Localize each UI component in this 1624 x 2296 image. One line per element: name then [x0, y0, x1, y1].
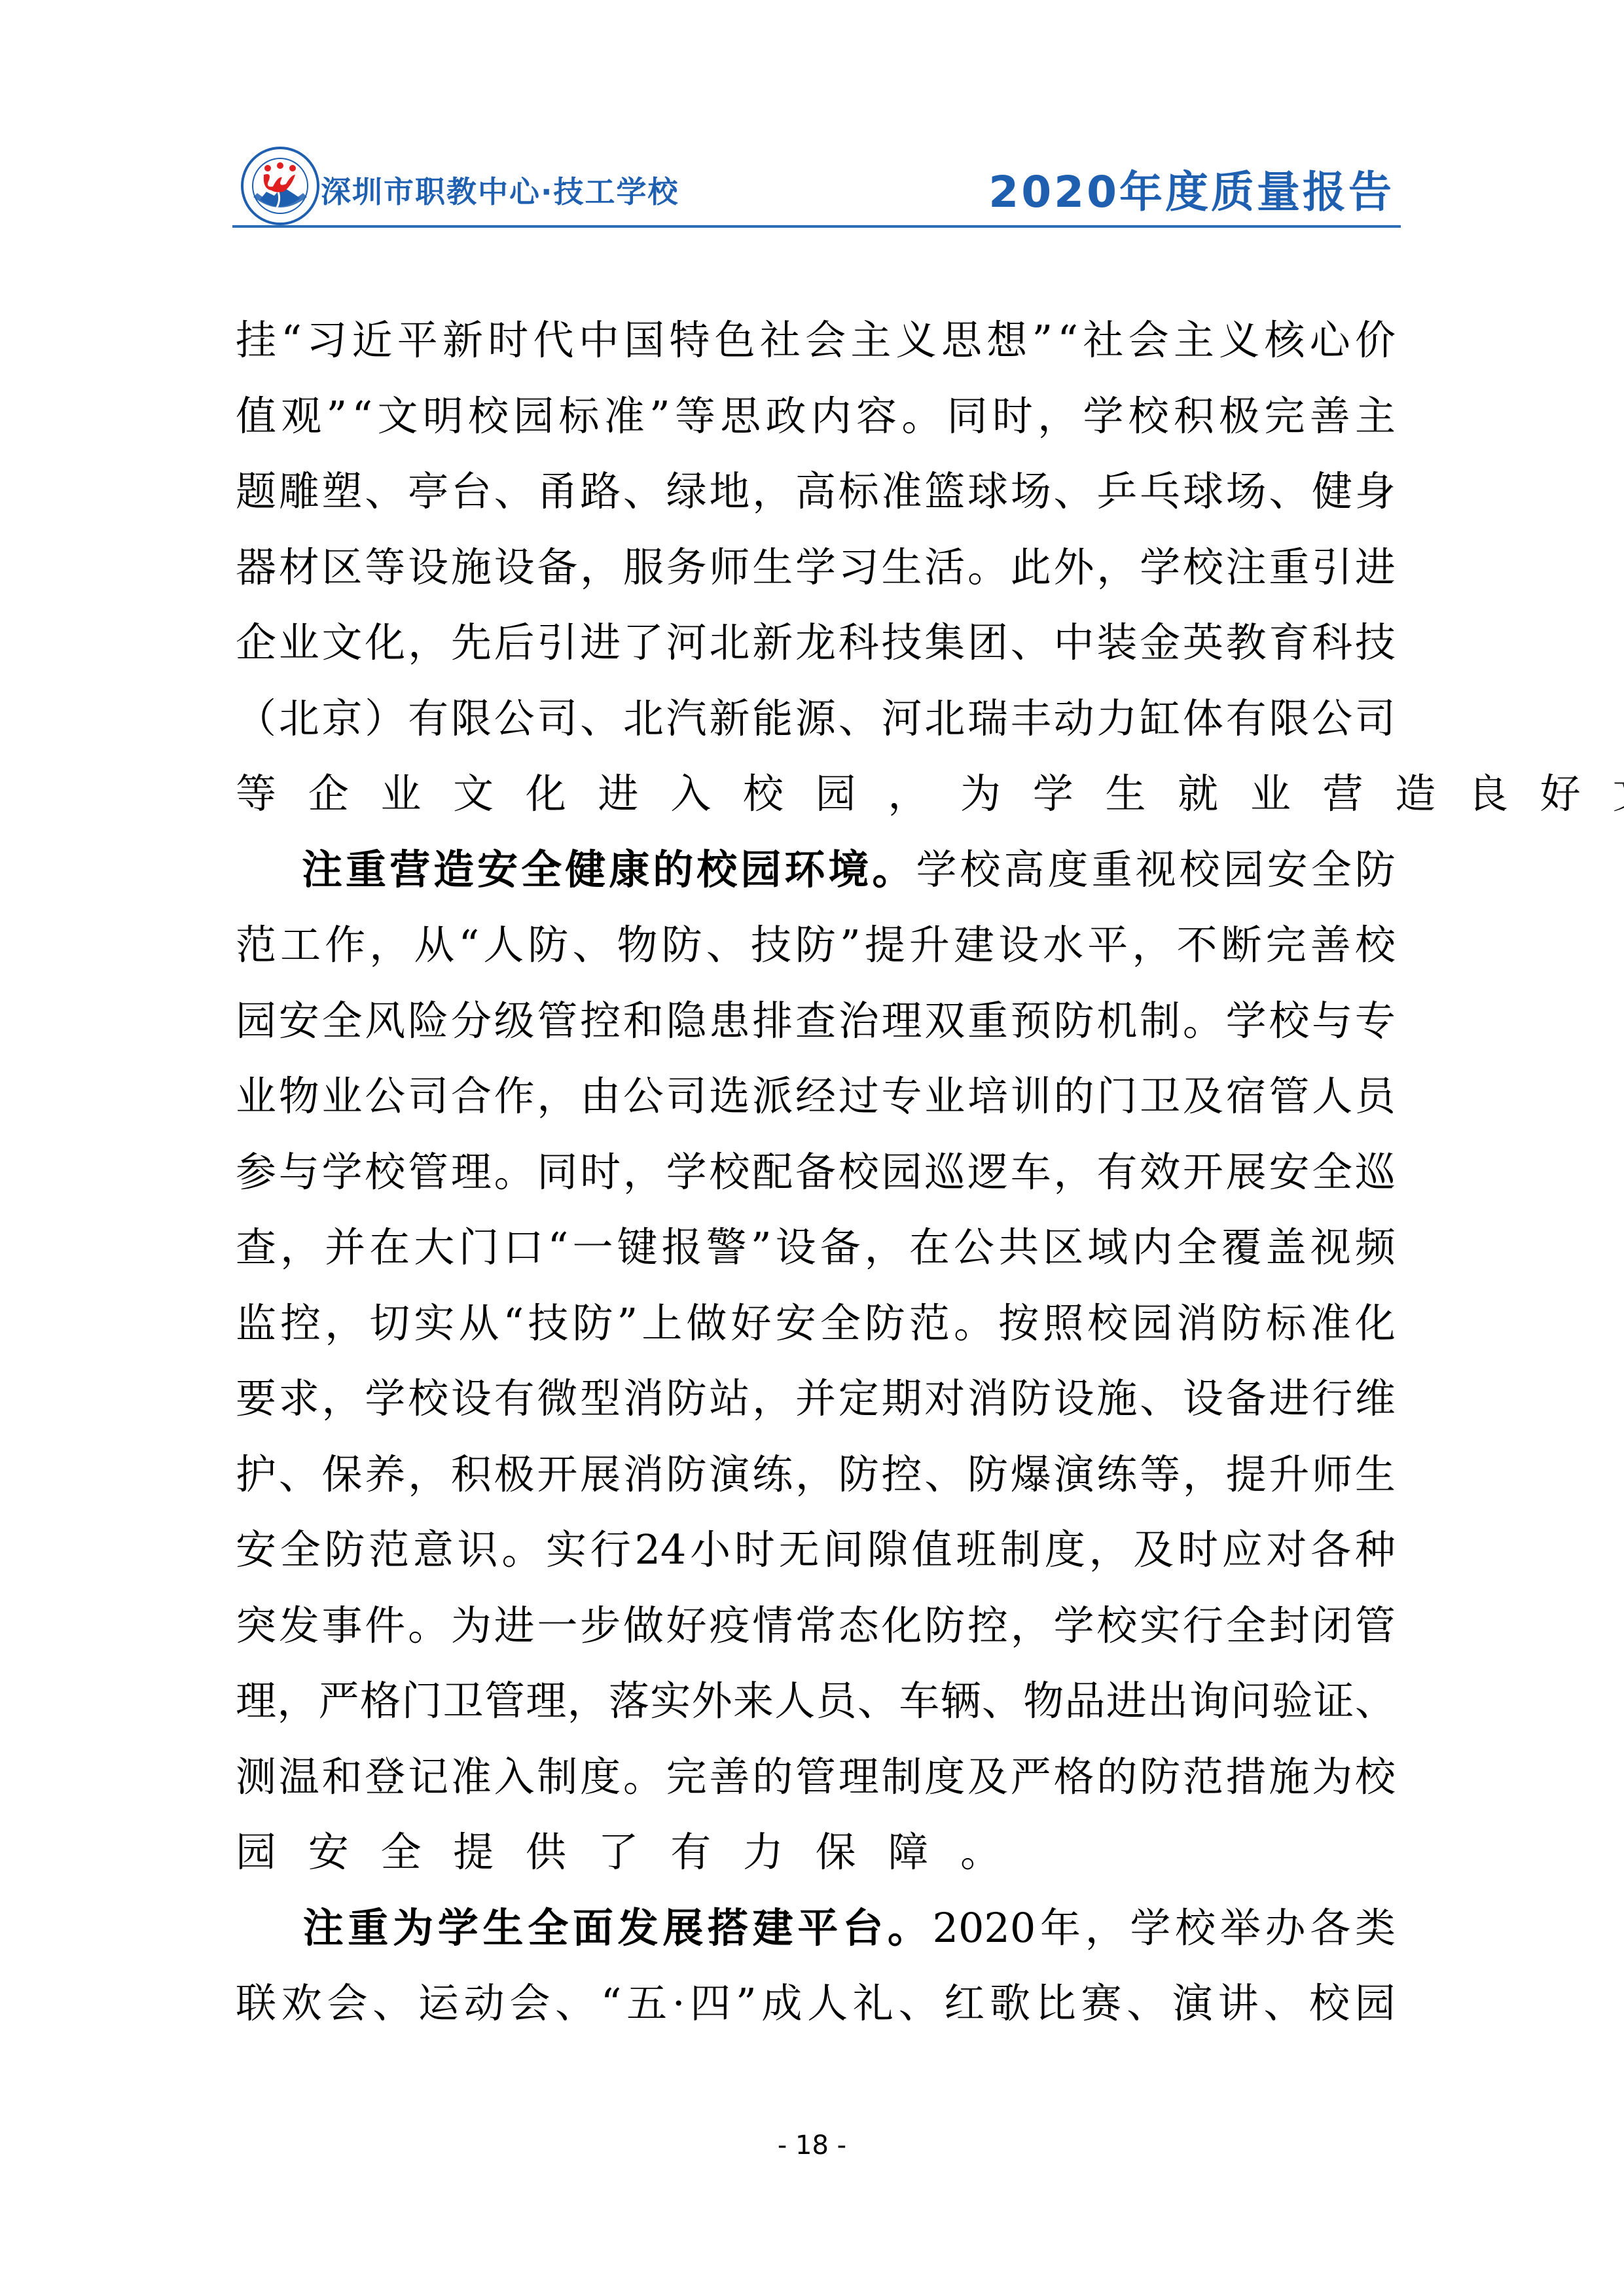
text-char: 、 [572, 907, 613, 983]
text-char: 频 [1355, 1210, 1396, 1285]
text-char: 。 [967, 529, 1008, 605]
text-char: 企 [308, 756, 349, 832]
text-char: 切 [369, 1285, 410, 1361]
text-char: 校 [1269, 983, 1309, 1059]
text-char: 生 [1105, 756, 1146, 832]
text-char: 主 [1355, 378, 1396, 454]
text-char: 积 [1174, 378, 1214, 454]
text-char: 完 [1264, 378, 1305, 454]
text-char: 校 [743, 756, 784, 832]
text-char: 价 [1355, 302, 1396, 378]
text-char: 设 [998, 907, 1039, 983]
text-char: 引 [537, 605, 577, 681]
text-char: 社 [760, 302, 801, 378]
text-char: 消 [623, 1437, 664, 1513]
text-char: 乒 [1096, 454, 1137, 529]
text-char: 会 [509, 1965, 550, 2041]
text-char: 微 [537, 1361, 577, 1437]
text-char: 极 [494, 1437, 535, 1513]
text-char: 态 [839, 1588, 879, 1664]
text-char: 及 [1133, 1512, 1174, 1588]
text-char: 观 [281, 378, 321, 454]
text-char: 准 [451, 1739, 492, 1815]
text-char: “ [281, 302, 302, 378]
text-char: 效 [1140, 1134, 1180, 1210]
text-char: ） [365, 681, 405, 757]
text-line: 要求，学校设有微型消防站，并定期对消防设施、设备进行维 [236, 1361, 1396, 1437]
text-char: 。 [501, 1512, 542, 1588]
text-char: 分 [451, 983, 492, 1059]
text-char: 校 [1087, 1285, 1128, 1361]
text-char: 地 [709, 454, 749, 529]
text-char: 、 [1140, 1361, 1180, 1437]
text-char: 施 [1269, 1739, 1309, 1815]
text-char: 动 [1054, 681, 1094, 757]
text-char: 、 [365, 454, 405, 529]
bold-lead-char: 营 [389, 832, 430, 908]
text-char: 进 [1269, 1361, 1309, 1437]
text-char: 训 [1011, 1058, 1051, 1134]
text-char: 内 [811, 378, 852, 454]
text-char: 亭 [408, 454, 448, 529]
text-char: 严 [319, 1663, 359, 1739]
bold-lead-char: 注 [302, 832, 342, 908]
text-char: 先 [451, 605, 492, 681]
text-char: 制 [1140, 983, 1180, 1059]
text-char: 完 [1266, 907, 1307, 983]
text-char: 类 [1355, 1890, 1396, 1966]
text-char: 公 [954, 1210, 994, 1285]
text-char: ” [327, 378, 348, 454]
text-char: 封 [1269, 1588, 1309, 1664]
text-char: 护 [236, 1437, 276, 1513]
bold-lead-char: 重 [346, 832, 386, 908]
text-char: 汽 [666, 681, 707, 757]
text-char: 突 [236, 1588, 276, 1664]
text-char: 设 [408, 529, 448, 605]
text-char: “ [352, 378, 372, 454]
text-char: 同 [947, 378, 988, 454]
text-char: 防 [1140, 1739, 1180, 1815]
text-line: 护、保养，积极开展消防演练，防控、防爆演练等，提升师生 [236, 1437, 1396, 1513]
text-char: 建 [954, 907, 994, 983]
text-line: （北京）有限公司、北汽新能源、河北瑞丰动力缸体有限公司 [236, 681, 1396, 757]
text-char: 制 [881, 1739, 922, 1815]
text-char: 时 [992, 378, 1033, 454]
text-char: 教 [1226, 605, 1267, 681]
text-char: 篮 [924, 454, 965, 529]
text-char: 河 [666, 605, 707, 681]
text-char: 甬 [537, 454, 577, 529]
text-char: 的 [1096, 1739, 1137, 1815]
text-char: 力 [1096, 681, 1137, 757]
text-char: 施 [451, 529, 492, 605]
text-char: 运 [418, 1965, 459, 2041]
text-char: 善 [1310, 378, 1350, 454]
text-char: 站 [709, 1361, 749, 1437]
text-char: 公 [623, 1058, 664, 1134]
text-char: 主 [1174, 302, 1214, 378]
text-char: 想 [986, 302, 1027, 378]
text-char: 管 [408, 1134, 448, 1210]
text-char: 成 [761, 1965, 802, 2041]
text-char: 了 [598, 1814, 639, 1890]
text-char: 范 [236, 907, 276, 983]
text-char: 为 [960, 756, 1001, 832]
text-char: 及 [967, 1739, 1008, 1815]
text-char: 、 [1263, 1965, 1304, 2041]
text-char: 专 [1355, 983, 1396, 1059]
text-char: 司 [537, 681, 577, 757]
text-char: 机 [1096, 983, 1137, 1059]
text-char: 明 [423, 378, 463, 454]
text-char: 物 [279, 1058, 319, 1134]
text-char: 度 [1048, 832, 1089, 908]
bold-lead-char: 为 [393, 1890, 433, 1966]
text-char: 司 [408, 1058, 448, 1134]
text-char: 间 [823, 1512, 863, 1588]
text-char: 闭 [1312, 1588, 1352, 1664]
text-char: 器 [236, 529, 276, 605]
text-char: 防 [666, 1361, 707, 1437]
text-char: 重 [1269, 529, 1309, 605]
text-char: 逻 [967, 1134, 1008, 1210]
text-char: 司 [1355, 681, 1396, 757]
bold-lead-char: 搭 [708, 1890, 748, 1966]
text-char: 2020 [933, 1890, 1036, 1966]
text-char: 全 [280, 1512, 321, 1588]
text-char: 新 [709, 681, 749, 757]
text-char: 路 [580, 454, 621, 529]
text-char: 北 [279, 681, 319, 757]
text-char: 实 [546, 1512, 586, 1588]
text-char: 、 [1054, 454, 1094, 529]
text-char: 盖 [1266, 1210, 1307, 1285]
text-char: 办 [1265, 1890, 1306, 1966]
text-char: 校 [839, 1134, 879, 1210]
text-char: 定 [839, 1361, 879, 1437]
text-char: 园 [881, 1134, 922, 1210]
text-char: 车 [1011, 1134, 1051, 1210]
text-char: 保 [322, 1437, 363, 1513]
text-char: 选 [709, 1058, 749, 1134]
text-char: 师 [709, 529, 749, 605]
text-char: 生 [752, 529, 793, 605]
text-char: 准 [1310, 1285, 1351, 1361]
text-char: 会 [805, 302, 846, 378]
page-header: 深圳市职教中心·技工学校 2020年度质量报告 [232, 141, 1401, 229]
text-char: 过 [839, 1058, 879, 1134]
text-char: 北 [709, 605, 749, 681]
text-char: 设 [776, 1210, 816, 1285]
text-char: 问 [1231, 1663, 1271, 1739]
text-char: 准 [604, 378, 645, 454]
text-char: 。 [494, 1134, 535, 1210]
text-char: 中 [579, 302, 619, 378]
text-char: 展 [580, 1437, 621, 1513]
text-char: 防 [662, 907, 702, 983]
text-char: 歌 [990, 1965, 1030, 2041]
text-char: 管 [537, 983, 577, 1059]
text-char: 车 [899, 1663, 939, 1739]
text-char: 管 [1269, 1058, 1309, 1134]
text-char: 验 [1272, 1663, 1312, 1739]
text-char: 园 [236, 983, 276, 1059]
text-char: 演 [1172, 1965, 1213, 2041]
text-char: 防 [666, 1437, 707, 1513]
text-line: 查，并在大门口“一键报警”设备，在公共区域内全覆盖视频 [236, 1210, 1396, 1285]
text-char: 思 [720, 378, 761, 454]
text-line: 等企业文化进入校园，为学生就业营造良好文化氛围。 [236, 756, 1396, 832]
text-char: 双 [924, 983, 965, 1059]
text-char: 育 [1269, 605, 1309, 681]
text-char: 、 [1269, 454, 1309, 529]
text-char: 预 [1011, 983, 1051, 1059]
text-char: 小 [690, 1512, 731, 1588]
text-char: 重 [967, 983, 1008, 1059]
text-char: 控 [280, 1285, 321, 1361]
text-char: 各 [1310, 1512, 1351, 1588]
text-char: 限 [1269, 681, 1309, 757]
text-char: 与 [279, 1134, 319, 1210]
text-char: （ [236, 681, 276, 757]
text-char: 、 [857, 1663, 898, 1739]
text-char: 入 [670, 756, 711, 832]
page-number: - 18 - [0, 2130, 1624, 2161]
text-char: 进 [1355, 529, 1396, 605]
text-char: 防 [1054, 983, 1094, 1059]
text-char: 措 [1226, 1739, 1267, 1815]
text-char: 。 [901, 378, 942, 454]
text-char: 理 [526, 1663, 566, 1739]
text-char: 学 [666, 1134, 707, 1210]
text-char: 为 [451, 1588, 492, 1664]
text-char: 度 [580, 1739, 621, 1815]
text-char: 险 [408, 983, 448, 1059]
text-char: 、 [982, 1663, 1022, 1739]
text-char: 学 [795, 529, 836, 605]
text-char: 造 [1395, 756, 1435, 832]
text-char: 内 [1132, 1210, 1172, 1285]
text-char: 有 [1226, 681, 1267, 757]
text-char: 校 [1180, 832, 1220, 908]
text-char: 各 [1310, 1890, 1350, 1966]
text-char: 区 [322, 529, 363, 605]
text-char: 员 [816, 1663, 857, 1739]
text-char: 及 [1183, 1058, 1223, 1134]
text-char: 管 [484, 1663, 525, 1739]
text-char: 报 [662, 1210, 702, 1285]
text-char: · [672, 1965, 685, 2041]
text-char: 域 [1087, 1210, 1128, 1285]
text-char: 。 [960, 1814, 1001, 1890]
text-char: 的 [1054, 1058, 1094, 1134]
text-char: 维 [1355, 1361, 1396, 1437]
text-char: 做 [623, 1588, 664, 1664]
text-char: 有 [670, 1814, 711, 1890]
text-char: 学 [322, 1134, 363, 1210]
text-char: 理 [839, 1739, 879, 1815]
text-char: 度 [924, 1739, 965, 1815]
text-line: 参与学校管理。同时，学校配备校园巡逻车，有效开展安全巡 [236, 1134, 1396, 1210]
text-char: 参 [236, 1134, 276, 1210]
text-char: 理 [236, 1663, 276, 1739]
text-char: 全 [1176, 1210, 1217, 1285]
text-char: 良 [1468, 756, 1508, 832]
text-line: 注重营造安全健康的校园环境。学校高度重视校园安全防 [236, 832, 1396, 908]
text-char: 一 [572, 1210, 613, 1285]
text-char: 查 [236, 1210, 276, 1285]
text-char: 在 [909, 1210, 950, 1285]
text-char: 业 [279, 605, 319, 681]
text-char: “ [548, 1210, 569, 1285]
text-char: 门 [458, 1210, 499, 1285]
text-char: 园 [513, 378, 554, 454]
text-char: 科 [1312, 605, 1352, 681]
text-char: 会 [1128, 302, 1169, 378]
text-char: 照 [1043, 1285, 1083, 1361]
text-char: 比 [1036, 1965, 1076, 2041]
text-char: 塑 [322, 454, 363, 529]
text-char: 防 [795, 907, 836, 983]
text-char: ， [408, 1437, 448, 1513]
text-char: 防 [324, 1512, 365, 1588]
text-char: 对 [924, 1361, 965, 1437]
text-char: 丰 [1011, 681, 1051, 757]
text-char: 生 [881, 529, 922, 605]
text-char: 化 [881, 1588, 922, 1664]
text-char: 门 [401, 1663, 442, 1739]
text-char: 防 [1355, 832, 1396, 908]
text-char: 安 [1267, 832, 1308, 908]
text-char: ， [1089, 1512, 1130, 1588]
text-char: 活 [924, 529, 965, 605]
text-char: 安 [1269, 1134, 1309, 1210]
text-char: 举 [1220, 1890, 1261, 1966]
text-char: 为 [1312, 1739, 1352, 1815]
text-char: 共 [998, 1210, 1039, 1285]
text-char: 准 [881, 454, 922, 529]
text-char: 全 [380, 1814, 421, 1890]
text-char: 业 [1250, 756, 1291, 832]
text-char: 按 [998, 1285, 1039, 1361]
text-char: 四 [690, 1965, 731, 2041]
text-char: 瑞 [967, 681, 1008, 757]
text-char: 能 [752, 681, 793, 757]
bold-lead-char: 境 [828, 832, 869, 908]
text-char: 校 [1355, 907, 1396, 983]
text-char: 核 [1264, 302, 1305, 378]
text-char: 入 [494, 1739, 535, 1815]
text-char: 标 [1266, 1285, 1307, 1361]
text-char: 设 [451, 1361, 492, 1437]
text-char: 极 [1219, 378, 1259, 454]
text-char: 善 [1310, 907, 1351, 983]
text-char: 询 [1189, 1663, 1230, 1739]
text-char: 安 [236, 1512, 276, 1588]
text-char: 雕 [279, 454, 319, 529]
text-char: 不 [1176, 907, 1217, 983]
text-char: 集 [924, 605, 965, 681]
text-char: 了 [623, 605, 664, 681]
text-char: 设 [494, 529, 535, 605]
text-char: ， [1011, 1588, 1051, 1664]
bold-lead-char: 环 [784, 832, 825, 908]
text-char: 设 [1183, 1361, 1223, 1437]
text-char: 物 [617, 907, 658, 983]
text-char: 范 [909, 1285, 950, 1361]
text-char: 心 [1310, 302, 1350, 378]
text-char: 实 [414, 1285, 454, 1361]
text-char: 高 [795, 454, 836, 529]
text-char: 证 [1314, 1663, 1354, 1739]
text-char: 标 [839, 454, 879, 529]
text-char: 防 [924, 1588, 965, 1664]
text-char: 障 [888, 1814, 928, 1890]
text-char: 标 [559, 378, 600, 454]
bold-lead-char: 健 [565, 832, 605, 908]
text-char: 习 [839, 529, 879, 605]
text-char: 、 [555, 1965, 596, 2041]
text-char: 覆 [1221, 1210, 1262, 1285]
text-char: 口 [503, 1210, 544, 1285]
text-char: 动 [464, 1965, 505, 2041]
bold-lead-char: 康 [609, 832, 649, 908]
text-char: 人 [483, 907, 524, 983]
text-char: 制 [537, 1739, 577, 1815]
text-char: 政 [766, 378, 806, 454]
text-char: 场 [1226, 454, 1267, 529]
text-char: ， [1085, 1890, 1126, 1966]
bold-lead-char: 发 [618, 1890, 659, 1966]
bold-lead-char: 安 [477, 832, 518, 908]
text-char: 乓 [1140, 454, 1180, 529]
text-char: ， [280, 1210, 321, 1285]
text-char: 题 [236, 454, 276, 529]
text-line: 测温和登记准入制度。完善的管理制度及严格的防范措施为校 [236, 1739, 1396, 1815]
text-char: 金 [1140, 605, 1180, 681]
text-char: 身 [1355, 454, 1396, 529]
text-char: 测 [236, 1739, 276, 1815]
text-char: 就 [1178, 756, 1218, 832]
text-char: 、 [623, 454, 664, 529]
text-char: “ [458, 907, 479, 983]
text-char: 做 [686, 1285, 727, 1361]
text-char: 、 [580, 681, 621, 757]
text-char: 源 [795, 681, 836, 757]
text-char: 意 [413, 1512, 454, 1588]
text-char: 发 [279, 1588, 319, 1664]
text-char: 设 [1054, 1361, 1094, 1437]
text-char: 作 [494, 1058, 535, 1134]
text-char: ， [408, 605, 448, 681]
text-char: 学 [1226, 983, 1267, 1059]
text-char: 事 [322, 1588, 363, 1664]
text-char: ， [752, 1361, 793, 1437]
text-char: 此 [1011, 529, 1051, 605]
text-char: 校 [1128, 378, 1169, 454]
text-char: 特 [669, 302, 710, 378]
text-line: 值观”“文明校园标准”等思政内容。同时，学校积极完善主 [236, 378, 1396, 454]
text-char: 河 [881, 681, 922, 757]
text-char: 消 [1176, 1285, 1217, 1361]
text-char: 校 [1096, 1588, 1137, 1664]
text-char: 施 [1096, 1361, 1137, 1437]
text-line: 企业文化，先后引进了河北新龙科技集团、中装金英教育科技 [236, 605, 1396, 681]
text-char: 专 [881, 1058, 922, 1134]
text-char: 值 [912, 1512, 952, 1588]
text-char: 排 [752, 983, 793, 1059]
